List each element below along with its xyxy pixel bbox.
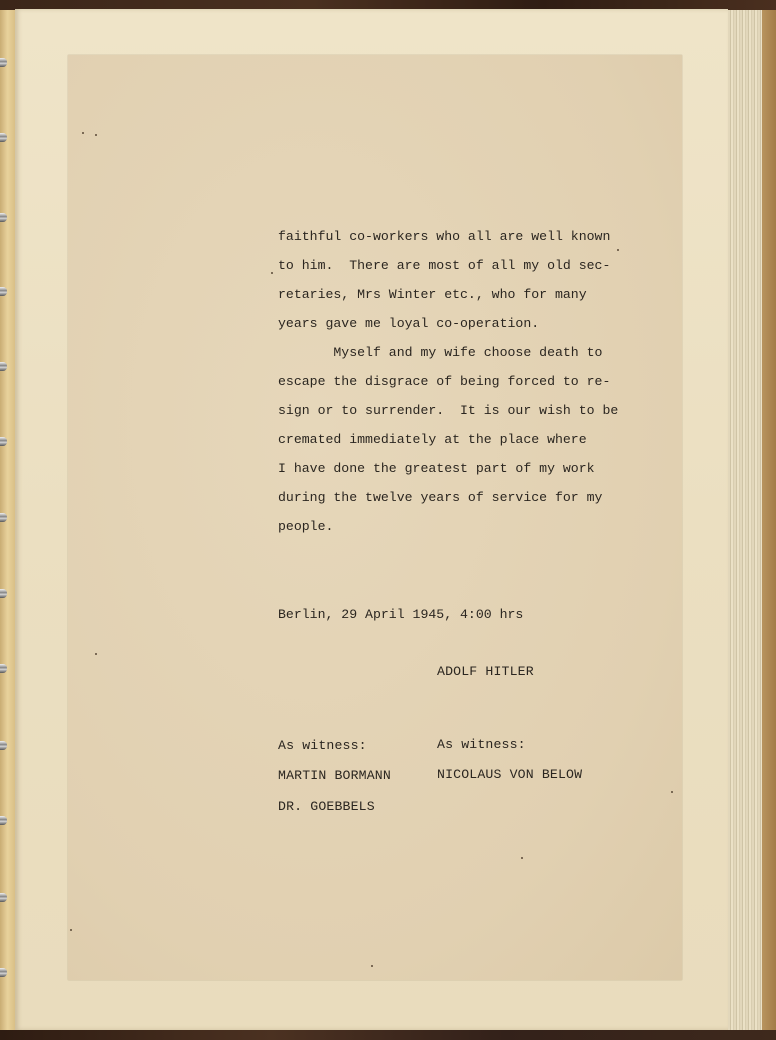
binder-ring-icon xyxy=(0,893,7,902)
body-line: retaries, Mrs Winter etc., who for many xyxy=(278,287,587,302)
body-line: Myself and my wife choose death to xyxy=(278,345,602,360)
body-line: sign or to surrender. It is our wish to … xyxy=(278,403,618,418)
binder-ring-icon xyxy=(0,58,7,67)
body-line: to him. There are most of all my old sec… xyxy=(278,258,610,273)
page-stack-edge xyxy=(728,10,762,1030)
signature-name: ADOLF HITLER xyxy=(437,664,534,679)
binder-ring-icon xyxy=(0,287,7,296)
body-line: people. xyxy=(278,519,333,534)
binder-ring-icon xyxy=(0,513,7,522)
speck xyxy=(271,272,273,274)
body-line: during the twelve years of service for m… xyxy=(278,490,602,505)
witness-label: As witness: xyxy=(278,738,367,753)
dateline: Berlin, 29 April 1945, 4:00 hrs xyxy=(278,607,523,622)
body-line: cremated immediately at the place where xyxy=(278,432,587,447)
speck xyxy=(70,929,72,931)
binder-ring-icon xyxy=(0,664,7,673)
speck xyxy=(82,132,84,134)
speck xyxy=(95,134,97,136)
binder-ring-icon xyxy=(0,816,7,825)
witness-name: MARTIN BORMANN xyxy=(278,768,391,783)
wood-frame-bottom xyxy=(0,1030,776,1040)
binder-ring-icon xyxy=(0,437,7,446)
speck xyxy=(671,791,673,793)
speck xyxy=(371,965,373,967)
speck xyxy=(617,249,619,251)
speck xyxy=(521,857,523,859)
body-line: years gave me loyal co-operation. xyxy=(278,316,539,331)
binder-ring-icon xyxy=(0,741,7,750)
binder-ring-icon xyxy=(0,133,7,142)
body-line: I have done the greatest part of my work xyxy=(278,461,595,476)
binder-ring-icon xyxy=(0,213,7,222)
witness-name: DR. GOEBBELS xyxy=(278,799,375,814)
binder-ring-icon xyxy=(0,362,7,371)
speck xyxy=(95,653,97,655)
typed-document-page xyxy=(68,55,682,980)
witness-name: NICOLAUS VON BELOW xyxy=(437,767,582,782)
witness-label: As witness: xyxy=(437,737,526,752)
body-line: faithful co-workers who all are well kno… xyxy=(278,229,610,244)
binder-cover-edge xyxy=(762,10,776,1030)
body-line: escape the disgrace of being forced to r… xyxy=(278,374,610,389)
binder-ring-icon xyxy=(0,589,7,598)
binder-ring-icon xyxy=(0,968,7,977)
